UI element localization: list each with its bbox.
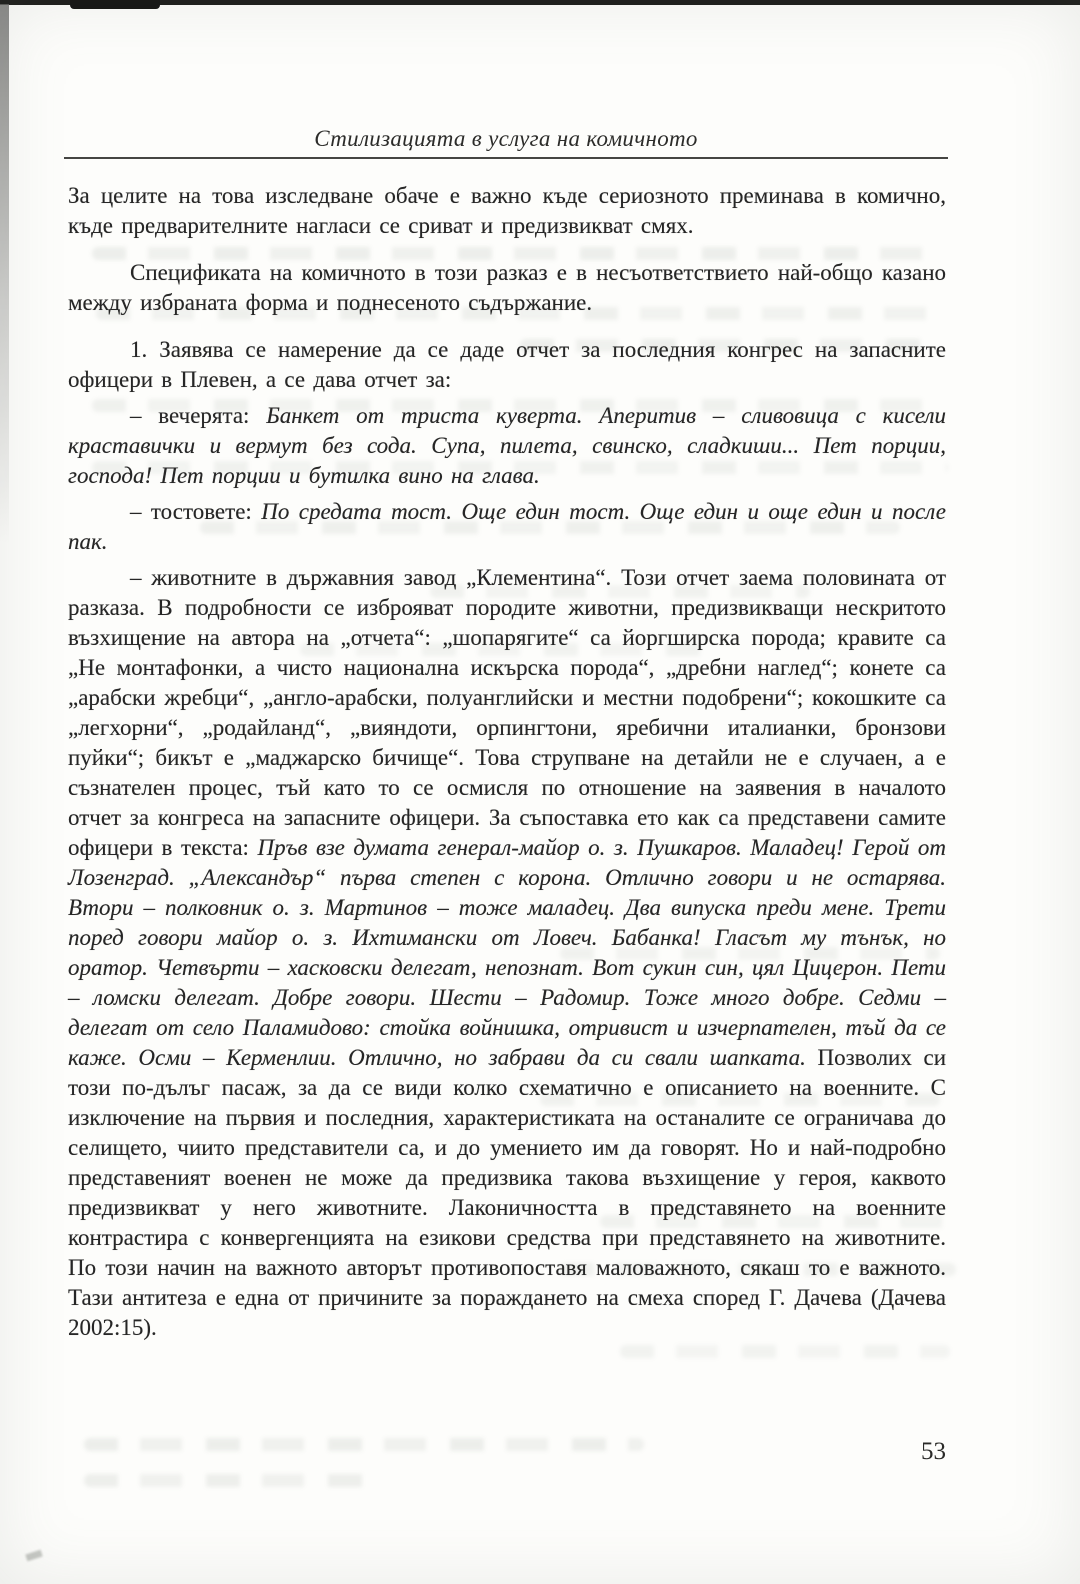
scanned-page: Стилизацията в услуга на комичното За це…	[0, 0, 1080, 1584]
body-text: За целите на това изследване обаче е важ…	[68, 183, 946, 238]
body-text: 1. Заявява се намерение да се даде отчет…	[68, 337, 946, 392]
paragraph: – вечерята: Банкет от триста куверта. Ап…	[68, 401, 946, 491]
body-text: – животните в държавния завод „Клементин…	[68, 565, 946, 860]
paragraph: За целите на това изследване обаче е важ…	[68, 181, 946, 241]
paragraph: – тостовете: По средата тост. Още един т…	[68, 497, 946, 557]
header-rule	[64, 157, 948, 159]
running-header: Стилизацията в услуга на комичното	[64, 126, 948, 167]
scan-smudge-mark	[25, 1550, 42, 1562]
scan-edge-artifact-left	[0, 4, 9, 544]
paragraph: 1. Заявява се намерение да се даде отчет…	[68, 335, 946, 395]
body-text: Позволих си този по-дълъг пасаж, за да с…	[68, 1045, 946, 1340]
paragraph: – животните в държавния завод „Клементин…	[68, 563, 946, 1343]
running-header-title: Стилизацията в услуга на комичното	[64, 126, 948, 152]
bleedthrough-ghost-line	[620, 1345, 950, 1358]
scan-edge-artifact-top	[0, 0, 1080, 5]
page-number: 53	[68, 1438, 946, 1466]
quoted-italic-text: Пръв взе думата генерал-майор о. з. Пушк…	[68, 835, 946, 1070]
scan-edge-artifact-top-blob	[70, 0, 160, 9]
bleedthrough-ghost-line	[84, 1474, 384, 1487]
body-text: – вечерята:	[130, 403, 266, 428]
body-text: Спецификата на комичното в този разказ е…	[68, 260, 946, 315]
body-text: – тостовете:	[130, 499, 261, 524]
page-body: За целите на това изследване обаче е важ…	[68, 181, 946, 1343]
paragraph: Спецификата на комичното в този разказ е…	[68, 258, 946, 318]
